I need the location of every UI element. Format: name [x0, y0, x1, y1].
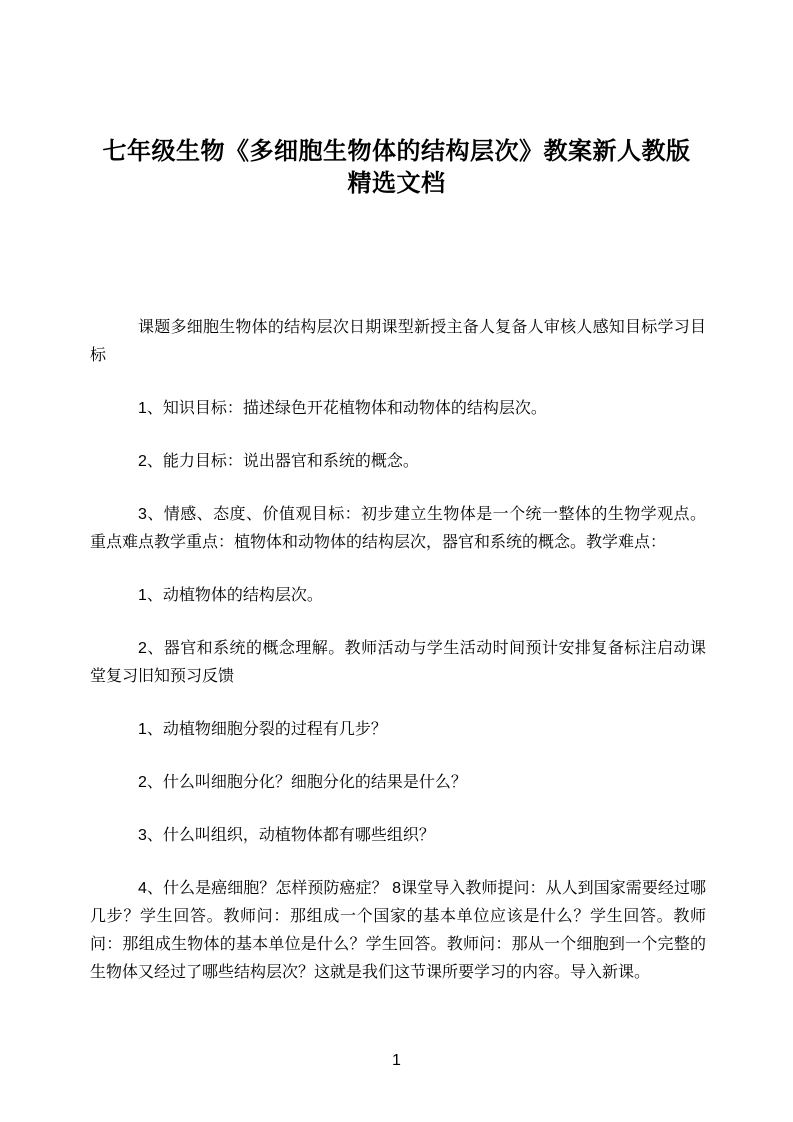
paragraph-review-question-3: 3、什么叫组织，动植物体都有哪些组织？	[90, 822, 706, 850]
paragraph-knowledge-goal: 1、知识目标：描述绿色开花植物体和动物体的结构层次。	[90, 395, 706, 423]
paragraph-difficulty-2: 2、器官和系统的概念理解。教师活动与学生活动时间预计安排复备标注启动课堂复习旧知…	[90, 635, 706, 691]
page-footer: 1	[0, 1047, 793, 1075]
paragraph-emotion-goal: 3、情感、态度、价值观目标：初步建立生物体是一个统一整体的生物学观点。重点难点教…	[90, 501, 706, 557]
paragraph-lesson-intro: 4、什么是癌细胞？怎样预防癌症？ 8课堂导入教师提问：从人到国家需要经过哪几步？…	[90, 875, 706, 987]
paragraph-review-question-2: 2、什么叫细胞分化？细胞分化的结果是什么？	[90, 769, 706, 797]
document-body: 课题多细胞生物体的结构层次日期课型新授主备人复备人审核人感知目标学习目标 1、知…	[0, 314, 793, 987]
paragraph-course-info: 课题多细胞生物体的结构层次日期课型新授主备人复备人审核人感知目标学习目标	[90, 314, 706, 370]
document-page: 七年级生物《多细胞生物体的结构层次》教案新人教版 精选文档 课题多细胞生物体的结…	[0, 0, 793, 1122]
paragraph-ability-goal: 2、能力目标：说出器官和系统的概念。	[90, 448, 706, 476]
page-number: 1	[392, 1052, 401, 1069]
title-line-2: 精选文档	[60, 168, 733, 200]
paragraph-review-question-1: 1、动植物细胞分裂的过程有几步？	[90, 716, 706, 744]
document-title: 七年级生物《多细胞生物体的结构层次》教案新人教版 精选文档	[60, 136, 733, 200]
title-line-1: 七年级生物《多细胞生物体的结构层次》教案新人教版	[60, 136, 733, 168]
paragraph-difficulty-1: 1、动植物体的结构层次。	[90, 582, 706, 610]
